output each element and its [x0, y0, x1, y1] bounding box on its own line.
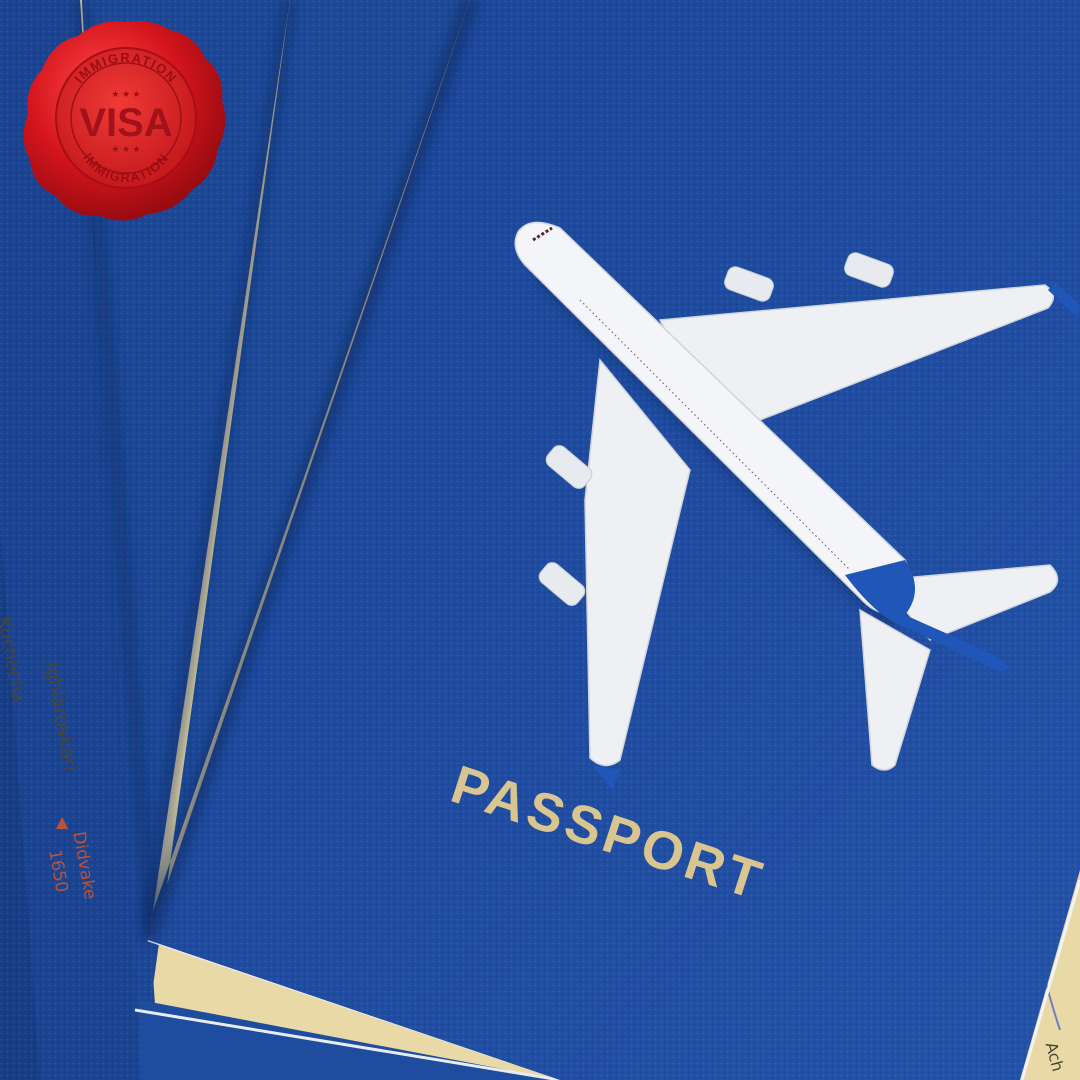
- svg-text:IMMIGRATION: IMMIGRATION: [71, 50, 180, 86]
- seal-top-text: IMMIGRATION: [71, 50, 180, 86]
- passport-cover-title: PASSPORT: [444, 754, 772, 912]
- passport-visa-scene: IMMIGRATION ★ ★ ★ VISA ★ ★ ★ IMMIGRATION…: [0, 0, 1080, 1080]
- seal-text-layer: IMMIGRATION ★ ★ ★ VISA ★ ★ ★ IMMIGRATION…: [0, 0, 1080, 1080]
- seal-stars-top: ★ ★ ★: [111, 89, 140, 99]
- seal-stars-bottom: ★ ★ ★: [111, 144, 140, 154]
- map-peak-marker: ▲: [56, 812, 68, 831]
- seal-center-text: VISA: [79, 101, 172, 145]
- seal-bottom-text: IMMIGRATION: [80, 150, 172, 185]
- svg-text:IMMIGRATION: IMMIGRATION: [80, 150, 172, 185]
